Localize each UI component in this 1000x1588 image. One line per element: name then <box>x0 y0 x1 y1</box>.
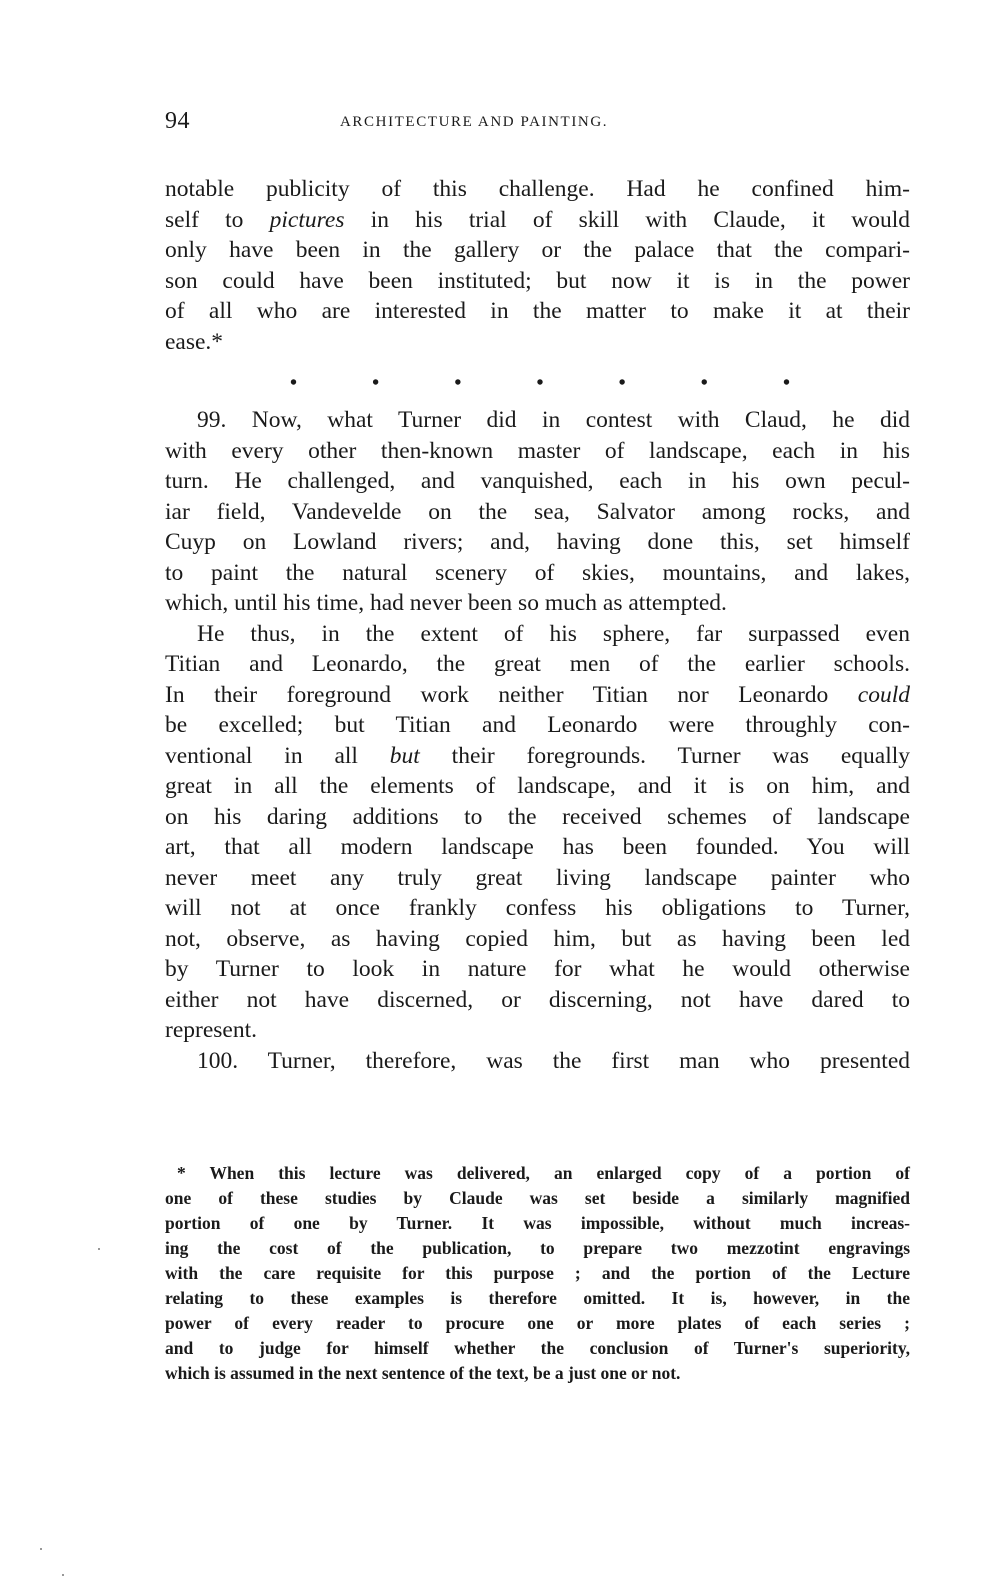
text-line: Cuyp on Lowland rivers; and, having done… <box>165 527 910 558</box>
text-line: son could have been instituted; but now … <box>165 266 910 297</box>
text-line: with the care requisite for this purpose… <box>165 1261 910 1286</box>
asterism-dot: • <box>783 368 790 399</box>
paragraph-continuation: He thus, in the extent of his sphere, fa… <box>165 619 910 1046</box>
text-line: only have been in the gallery or the pal… <box>165 235 910 266</box>
asterism-dot: • <box>290 368 297 399</box>
text-line: turn. He challenged, and vanquished, eac… <box>165 466 910 497</box>
text-line: portion of one by Turner. It was impossi… <box>165 1211 910 1236</box>
text-line: power of every reader to procure one or … <box>165 1311 910 1336</box>
asterism-dot: • <box>701 368 708 399</box>
text-line: ing the cost of the publication, to prep… <box>165 1236 910 1261</box>
text-line: 100. Turner, therefore, was the first ma… <box>165 1046 910 1077</box>
text-line: never meet any truly great living landsc… <box>165 863 910 894</box>
text-line: He thus, in the extent of his sphere, fa… <box>165 619 910 650</box>
asterism-dot: • <box>536 368 543 399</box>
body-text: notable publicity of this challenge. Had… <box>165 174 910 1076</box>
running-title: ARCHITECTURE AND PAINTING. <box>340 114 608 131</box>
text-line: Titian and Leonardo, the great men of th… <box>165 649 910 680</box>
text-line: ease.* <box>165 327 910 358</box>
scan-speck <box>40 1548 42 1550</box>
footnote: * When this lecture was delivered, an en… <box>165 1161 910 1386</box>
italic-emphasis: pictures <box>270 207 345 233</box>
italic-emphasis: but <box>390 743 420 769</box>
scan-speck <box>98 1248 100 1250</box>
text-line: and to judge for himself whether the con… <box>165 1336 910 1361</box>
text-line: of all who are interested in the matter … <box>165 296 910 327</box>
text-line: which is assumed in the next sentence of… <box>165 1361 910 1386</box>
text-line: In their foreground work neither Titian … <box>165 680 910 711</box>
paragraph-1: notable publicity of this challenge. Had… <box>165 174 910 357</box>
text-line: be excelled; but Titian and Leonardo wer… <box>165 710 910 741</box>
italic-emphasis: could <box>858 682 910 708</box>
asterism-dot: • <box>454 368 461 399</box>
asterism-dot: • <box>619 368 626 399</box>
text-line: represent. <box>165 1015 910 1046</box>
text-line: with every other then-known master of la… <box>165 436 910 467</box>
text-line: notable publicity of this challenge. Had… <box>165 174 910 205</box>
text-line: will not at once frankly confess his obl… <box>165 893 910 924</box>
text-line: one of these studies by Claude was set b… <box>165 1186 910 1211</box>
text-line: great in all the elements of landscape, … <box>165 771 910 802</box>
text-line: iar field, Vandevelde on the sea, Salvat… <box>165 497 910 528</box>
text-line: either not have discerned, or discerning… <box>165 985 910 1016</box>
text-line: art, that all modern landscape has been … <box>165 832 910 863</box>
text-line: to paint the natural scenery of skies, m… <box>165 558 910 589</box>
paragraph-99: 99. Now, what Turner did in contest with… <box>165 405 910 619</box>
scan-speck <box>62 1574 64 1576</box>
text-line: relating to these examples is therefore … <box>165 1286 910 1311</box>
text-line: not, observe, as having copied him, but … <box>165 924 910 955</box>
page-number: 94 <box>165 108 190 135</box>
section-break-asterisms: ••••••• <box>290 357 790 405</box>
text-line: self to pictures in his trial of skill w… <box>165 205 910 236</box>
asterism-dot: • <box>372 368 379 399</box>
text-line: ventional in all but their foregrounds. … <box>165 741 910 772</box>
text-line: 99. Now, what Turner did in contest with… <box>165 405 910 436</box>
text-line: which, until his time, had never been so… <box>165 588 910 619</box>
paragraph-100: 100. Turner, therefore, was the first ma… <box>165 1046 910 1077</box>
running-head: 94 ARCHITECTURE AND PAINTING. <box>165 108 910 138</box>
text-line: * When this lecture was delivered, an en… <box>165 1161 910 1186</box>
text-line: on his daring additions to the received … <box>165 802 910 833</box>
text-line: by Turner to look in nature for what he … <box>165 954 910 985</box>
